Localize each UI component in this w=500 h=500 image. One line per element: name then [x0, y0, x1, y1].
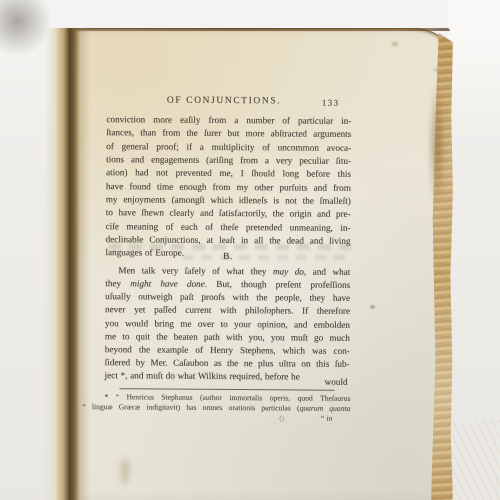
foxing-spot [392, 42, 398, 46]
paragraph: Men talk very ſafely of what they may do… [105, 264, 351, 384]
text-line: “ in [321, 413, 333, 423]
text-line: ſtances, than from the ſurer but more ab… [106, 126, 351, 141]
page-number: 133 [322, 98, 340, 108]
text-line: ation) had not prevented me, I ſhould lo… [106, 167, 351, 182]
page-text: OF CONJUNCTIONS. 133 conviction more eaſ… [104, 27, 352, 500]
footnote-rule [119, 388, 334, 391]
cloth-highlight [448, 0, 500, 120]
text-line: ject *, and muſt do what Wilkins require… [105, 369, 350, 384]
footnote-catchword: “ in [321, 413, 333, 423]
signature-mark: () [279, 414, 284, 422]
page-header: OF CONJUNCTIONS. 133 [106, 95, 351, 110]
running-title: OF CONJUNCTIONS. [101, 95, 346, 107]
text-line: never yet paſſed current with philoſophe… [105, 304, 350, 319]
cloth-shadow [0, 0, 52, 56]
ink-smudge [370, 305, 375, 309]
footnote: * “ Henricus Stephanus (author immortali… [82, 392, 350, 424]
foxing-spot [434, 68, 438, 71]
book-page: OF CONJUNCTIONS. 133 conviction more eaſ… [62, 28, 450, 500]
section-mark: B. [105, 251, 350, 263]
footnote-catch-row: () “ in [82, 412, 350, 424]
footnote-lines: * “ Henricus Stephanus (author immortali… [82, 392, 350, 414]
text-line: to have ſhewn clearly and ſatisfactorily… [106, 207, 351, 222]
catchword: would [325, 377, 348, 387]
paragraph-continued: conviction more eaſily from a number of … [105, 113, 351, 261]
cloth-texture [452, 420, 500, 500]
